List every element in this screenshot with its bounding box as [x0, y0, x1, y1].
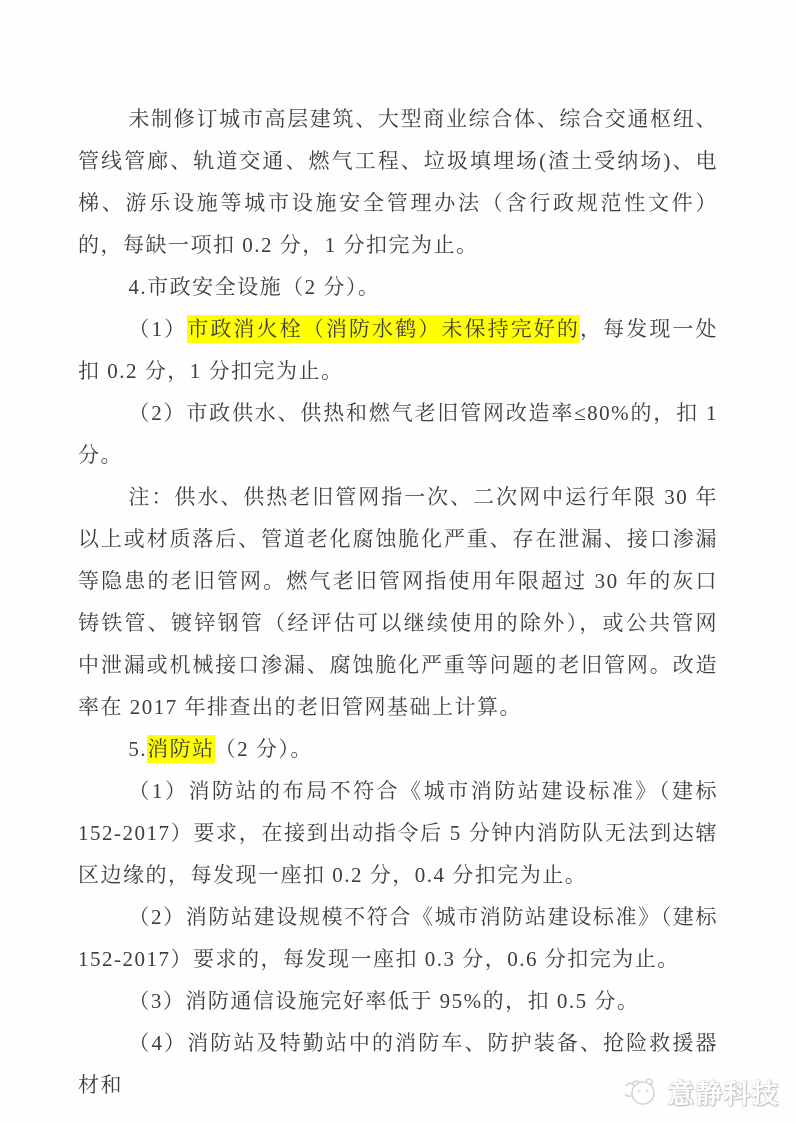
para-item4: 4.市政安全设施（2 分）。 — [78, 266, 718, 308]
text-segment: （1）消防站的布局不符合《城市消防站建设标准》（建标 152-2017）要求，在… — [78, 779, 718, 887]
para-item5-1: （1）消防站的布局不符合《城市消防站建设标准》（建标 152-2017）要求，在… — [78, 770, 718, 896]
para-item4-1: （1）市政消火栓（消防水鹤）未保持完好的，每发现一处扣 0.2 分，1 分扣完为… — [78, 308, 718, 392]
document-body: 未制修订城市高层建筑、大型商业综合体、综合交通枢纽、管线管廊、轨道交通、燃气工程… — [78, 98, 718, 1106]
highlighted-text: 消防站 — [147, 735, 215, 763]
highlighted-text: 市政消火栓（消防水鹤）未保持完好的 — [187, 315, 580, 343]
brand-logo-icon — [622, 1076, 662, 1110]
text-segment: （2 分）。 — [215, 737, 313, 761]
brand-name: 意静科技 — [668, 1074, 780, 1111]
para-note: 注：供水、供热老旧管网指一次、二次网中运行年限 30 年以上或材质落后、管道老化… — [78, 476, 718, 728]
text-segment: （2）市政供水、供热和燃气老旧管网改造率≤80%的，扣 1 分。 — [78, 401, 718, 467]
text-segment: 5. — [128, 737, 147, 761]
text-segment: 未制修订城市高层建筑、大型商业综合体、综合交通枢纽、管线管廊、轨道交通、燃气工程… — [78, 107, 718, 257]
para-item5-2: （2）消防站建设规模不符合《城市消防站建设标准》（建标 152-2017）要求的… — [78, 896, 718, 980]
watermark: 意静科技 — [622, 1074, 780, 1111]
para-item4-2: （2）市政供水、供热和燃气老旧管网改造率≤80%的，扣 1 分。 — [78, 392, 718, 476]
text-segment: 4.市政安全设施（2 分）。 — [128, 275, 380, 299]
para-item5-3: （3）消防通信设施完好率低于 95%的，扣 0.5 分。 — [78, 980, 718, 1022]
text-segment: （2）消防站建设规模不符合《城市消防站建设标准》（建标 152-2017）要求的… — [78, 905, 718, 971]
text-segment: （1） — [128, 317, 187, 341]
text-segment: 注：供水、供热老旧管网指一次、二次网中运行年限 30 年以上或材质落后、管道老化… — [78, 485, 718, 719]
document-page: 未制修订城市高层建筑、大型商业综合体、综合交通枢纽、管线管廊、轨道交通、燃气工程… — [0, 0, 796, 1123]
para-intro: 未制修订城市高层建筑、大型商业综合体、综合交通枢纽、管线管廊、轨道交通、燃气工程… — [78, 98, 718, 266]
text-segment: （3）消防通信设施完好率低于 95%的，扣 0.5 分。 — [128, 989, 639, 1013]
para-item5: 5.消防站（2 分）。 — [78, 728, 718, 770]
